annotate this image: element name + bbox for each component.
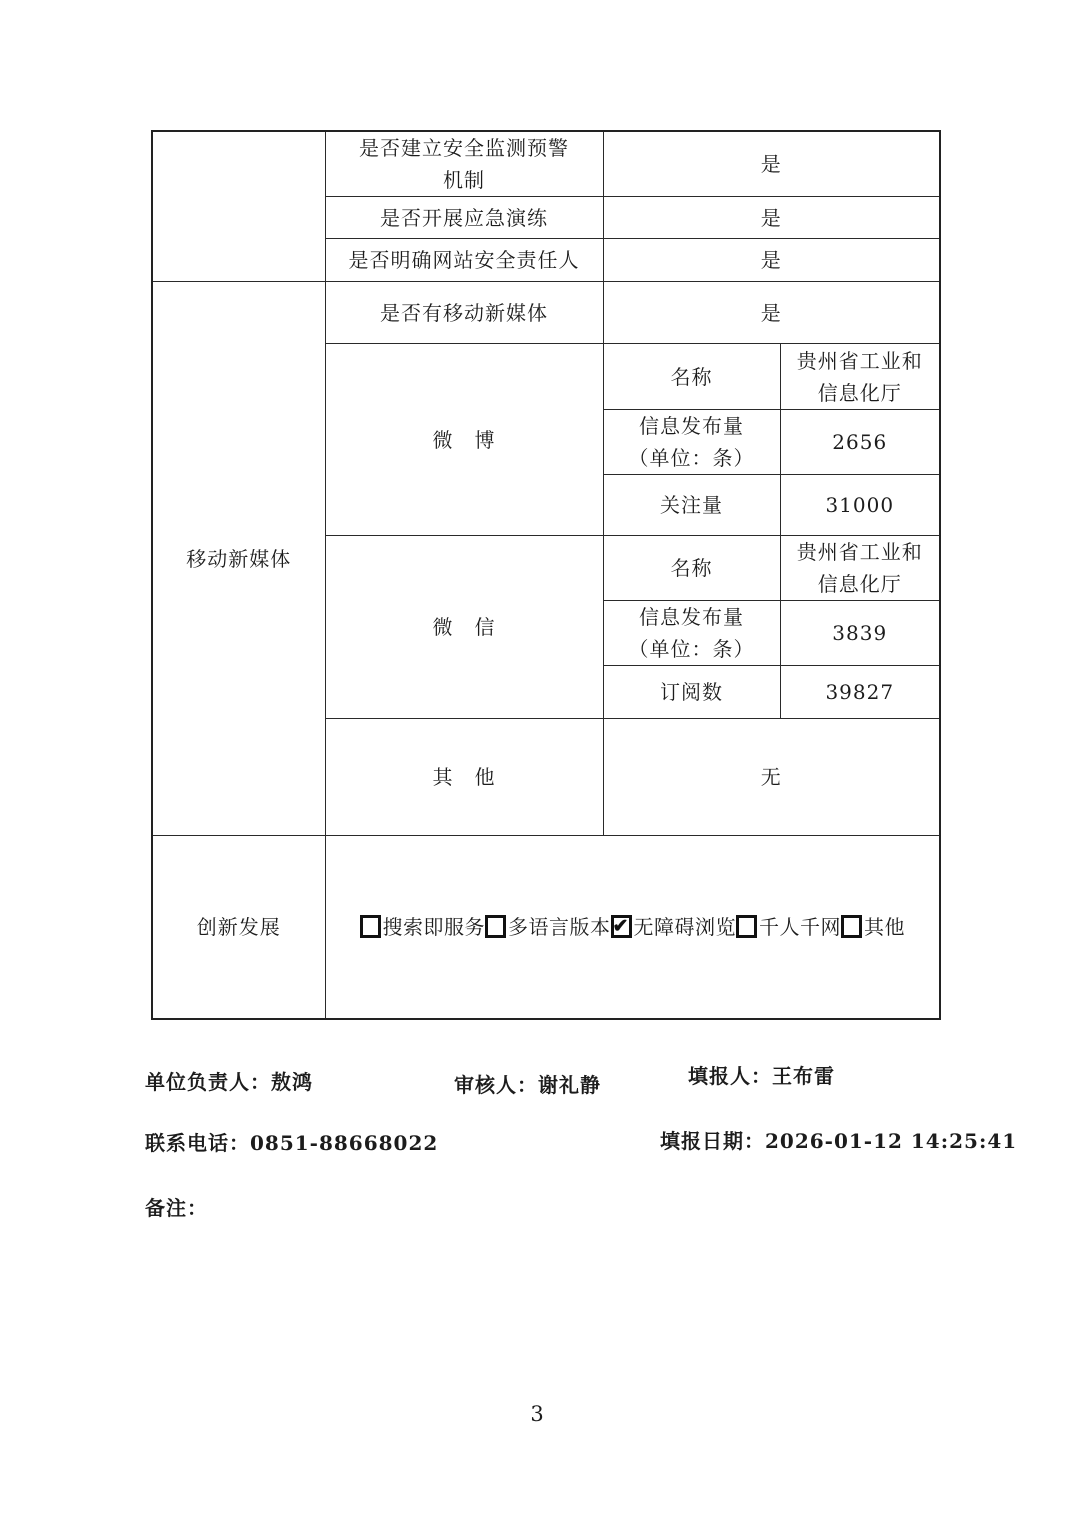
security-responsible-value: 是 <box>603 239 940 282</box>
wechat-publish-label: 信息发布量 （单位：条） <box>603 601 780 666</box>
security-drill-value: 是 <box>603 197 940 239</box>
innovation-option: 搜索即服务 <box>360 911 486 943</box>
weibo-publish-value: 2656 <box>780 410 940 475</box>
innovation-option: 千人千网 <box>736 911 841 943</box>
innovation-option-label: 其他 <box>864 911 905 943</box>
weibo-publish-label: 信息发布量 （单位：条） <box>603 410 780 475</box>
report-filler-value: 王布雷 <box>772 1064 835 1088</box>
wechat-subscribers-label: 订阅数 <box>603 666 780 719</box>
remarks: 备注： <box>145 1192 208 1221</box>
innovation-option-label: 千人千网 <box>759 911 841 943</box>
wechat-name-value: 贵州省工业和 信息化厅 <box>780 536 940 601</box>
innovation-option: 多语言版本 <box>485 911 611 943</box>
checkbox-accessibility-icon[interactable]: ✔ <box>611 915 632 938</box>
report-table: 是否建立安全监测预警 机制 是 是否开展应急演练 是 是否明确网站安全责任人 是… <box>151 130 941 1020</box>
group-cell-innovation: 创新发展 <box>152 836 325 1019</box>
innovation-option: 其他 <box>841 911 905 943</box>
unit-responsible-person: 单位负责人：敖鸿 <box>145 1066 313 1095</box>
innovation-option: ✔ 无障碍浏览 <box>611 911 737 943</box>
security-drill-label: 是否开展应急演练 <box>325 197 603 239</box>
contact-phone: 联系电话：0851-88668022 <box>145 1127 438 1156</box>
page-number: 3 <box>0 1402 1074 1426</box>
other-media-label: 其 他 <box>325 719 603 836</box>
innovation-options-cell: 搜索即服务 多语言版本 ✔ 无障碍浏览 千人千网 <box>325 836 940 1019</box>
has-mobile-media-value: 是 <box>603 282 940 344</box>
remarks-label: 备注： <box>145 1196 208 1220</box>
wechat-subscribers-value: 39827 <box>780 666 940 719</box>
group-cell-mobile-media: 移动新媒体 <box>152 282 325 836</box>
checkbox-other-icon[interactable] <box>841 915 862 938</box>
wechat-name-label: 名称 <box>603 536 780 601</box>
innovation-options-line: 搜索即服务 多语言版本 ✔ 无障碍浏览 千人千网 <box>332 911 934 943</box>
reviewer-label: 审核人： <box>454 1073 538 1097</box>
weibo-followers-value: 31000 <box>780 475 940 536</box>
report-date-label: 填报日期： <box>660 1129 765 1153</box>
report-filler: 填报人：王布雷 <box>688 1060 835 1089</box>
security-monitor-value: 是 <box>603 131 940 197</box>
has-mobile-media-label: 是否有移动新媒体 <box>325 282 603 344</box>
weibo-followers-label: 关注量 <box>603 475 780 536</box>
contact-phone-value: 0851-88668022 <box>250 1131 438 1155</box>
report-filler-label: 填报人： <box>688 1064 772 1088</box>
document-page: 是否建立安全监测预警 机制 是 是否开展应急演练 是 是否明确网站安全责任人 是… <box>0 0 1074 1520</box>
weibo-name-value: 贵州省工业和 信息化厅 <box>780 344 940 410</box>
reviewer: 审核人：谢礼静 <box>454 1069 601 1098</box>
other-media-value: 无 <box>603 719 940 836</box>
innovation-option-label: 多语言版本 <box>508 911 611 943</box>
unit-responsible-value: 敖鸿 <box>271 1070 313 1094</box>
innovation-option-label: 搜索即服务 <box>383 911 486 943</box>
unit-responsible-label: 单位负责人： <box>145 1070 271 1094</box>
wechat-publish-value: 3839 <box>780 601 940 666</box>
contact-phone-label: 联系电话： <box>145 1131 250 1155</box>
checkbox-search-as-service-icon[interactable] <box>360 915 381 938</box>
weibo-name-label: 名称 <box>603 344 780 410</box>
security-responsible-label: 是否明确网站安全责任人 <box>325 239 603 282</box>
checkbox-personalized-web-icon[interactable] <box>736 915 757 938</box>
report-date: 填报日期：2026-01-12 14:25:41 <box>660 1125 1017 1154</box>
innovation-option-label: 无障碍浏览 <box>634 911 737 943</box>
checkbox-multilingual-icon[interactable] <box>485 915 506 938</box>
weibo-group-label: 微 博 <box>325 344 603 536</box>
report-date-value: 2026-01-12 14:25:41 <box>765 1129 1017 1153</box>
security-monitor-label: 是否建立安全监测预警 机制 <box>325 131 603 197</box>
wechat-group-label: 微 信 <box>325 536 603 719</box>
reviewer-value: 谢礼静 <box>538 1073 601 1097</box>
group-cell-security-continued <box>152 131 325 282</box>
